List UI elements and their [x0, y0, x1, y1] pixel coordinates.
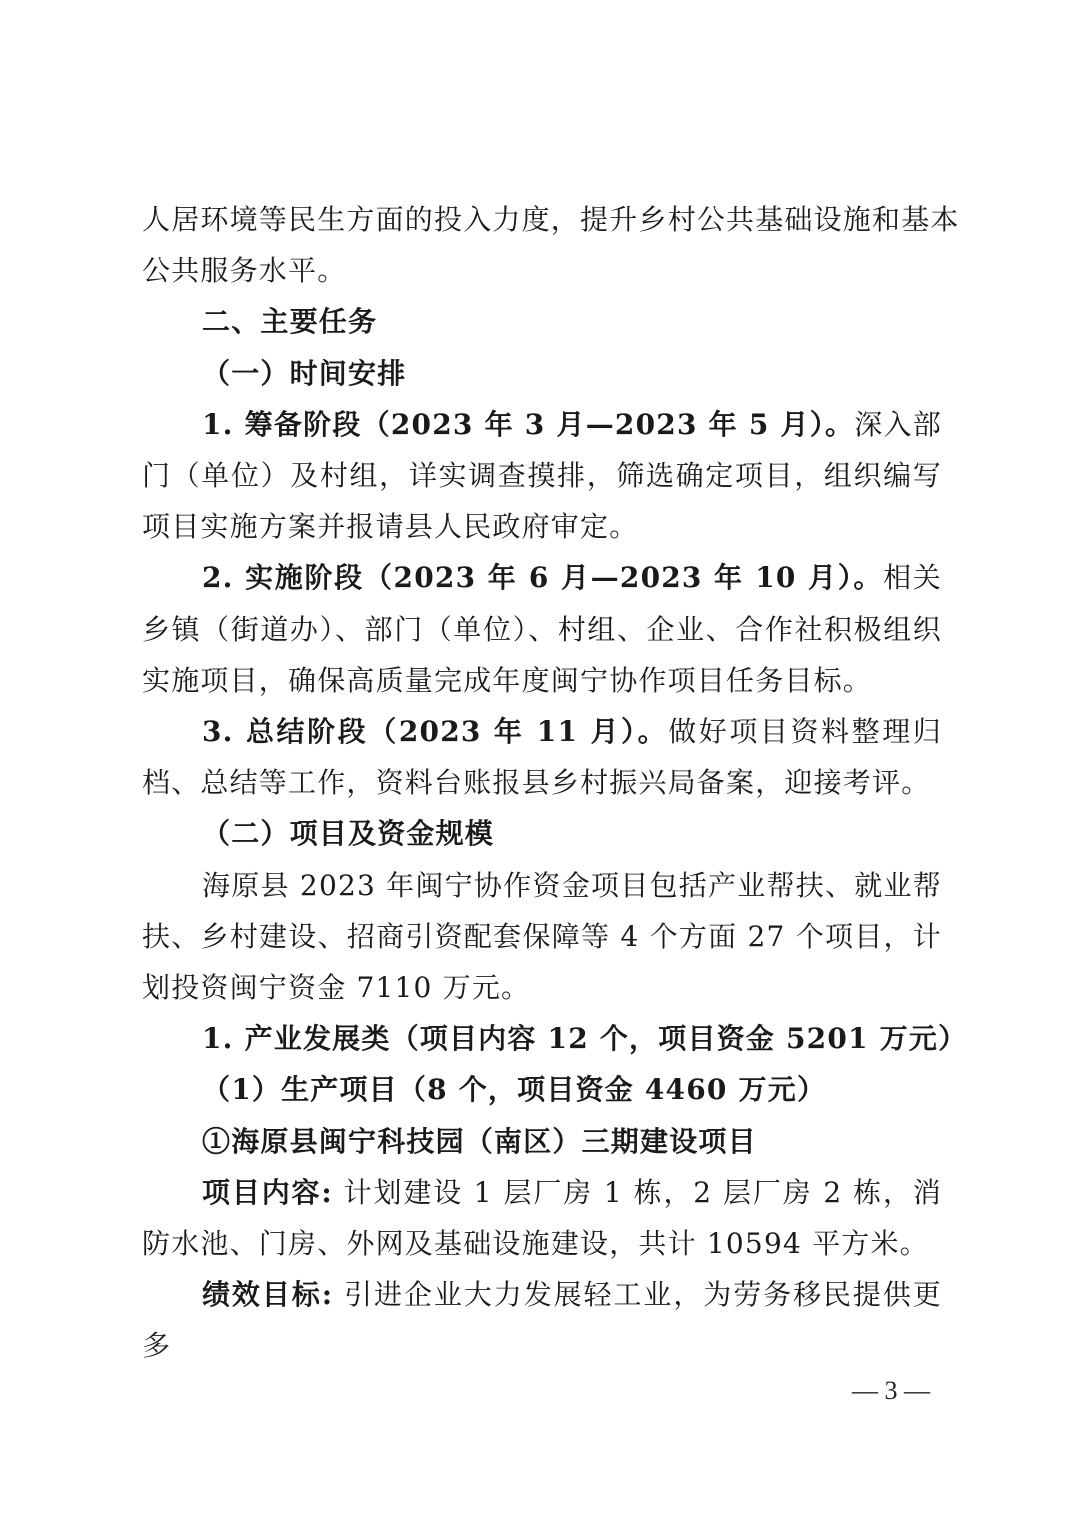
project-content-paragraph: 项目内容: 计划建设 1 层厂房 1 栋，2 层厂房 2 栋，消防水池、门房、外… — [142, 1167, 942, 1269]
schedule-item-implementation: 2. 实施阶段（2023 年 6 月—2023 年 10 月）。相关乡镇（街道办… — [142, 552, 942, 706]
project-title: ①海原县闽宁科技园（南区）三期建设项目 — [142, 1116, 942, 1167]
document-page: 人居环境等民生方面的投入力度，提升乡村公共基础设施和基本 公共服务水平。 二、主… — [142, 194, 942, 1372]
project-goal-paragraph: 绩效目标: 引进企业大力发展轻工业，为劳务移民提供更多 — [142, 1269, 942, 1371]
subsection-heading-schedule: （一）时间安排 — [142, 348, 942, 399]
schedule-item-title: 1. 筹备阶段（2023 年 3 月—2023 年 5 月）。 — [202, 408, 854, 441]
section-heading: 二、主要任务 — [142, 296, 942, 347]
schedule-item-title: 2. 实施阶段（2023 年 6 月—2023 年 10 月）。 — [202, 561, 883, 594]
page-number: — 3 — — [852, 1376, 930, 1406]
project-goal-label: 绩效目标: — [202, 1278, 333, 1311]
intro-line-1: 人居环境等民生方面的投入力度，提升乡村公共基础设施和基本 — [142, 194, 942, 245]
schedule-item-title: 3. 总结阶段（2023 年 11 月）。 — [202, 715, 668, 748]
category-heading-industry: 1. 产业发展类（项目内容 12 个，项目资金 5201 万元） — [142, 1013, 942, 1064]
subcategory-heading-production: （1）生产项目（8 个，项目资金 4460 万元） — [142, 1064, 942, 1115]
subsection-heading-funding: （二）项目及资金规模 — [142, 808, 942, 859]
intro-line-2: 公共服务水平。 — [142, 245, 942, 296]
project-content-label: 项目内容: — [202, 1176, 333, 1209]
intro-paragraph: 人居环境等民生方面的投入力度，提升乡村公共基础设施和基本 公共服务水平。 — [142, 194, 942, 296]
schedule-item-summary: 3. 总结阶段（2023 年 11 月）。做好项目资料整理归档、总结等工作，资料… — [142, 706, 942, 808]
schedule-item-preparation: 1. 筹备阶段（2023 年 3 月—2023 年 5 月）。深入部门（单位）及… — [142, 399, 942, 553]
funding-summary-paragraph: 海原县 2023 年闽宁协作资金项目包括产业帮扶、就业帮扶、乡村建设、招商引资配… — [142, 860, 942, 1014]
